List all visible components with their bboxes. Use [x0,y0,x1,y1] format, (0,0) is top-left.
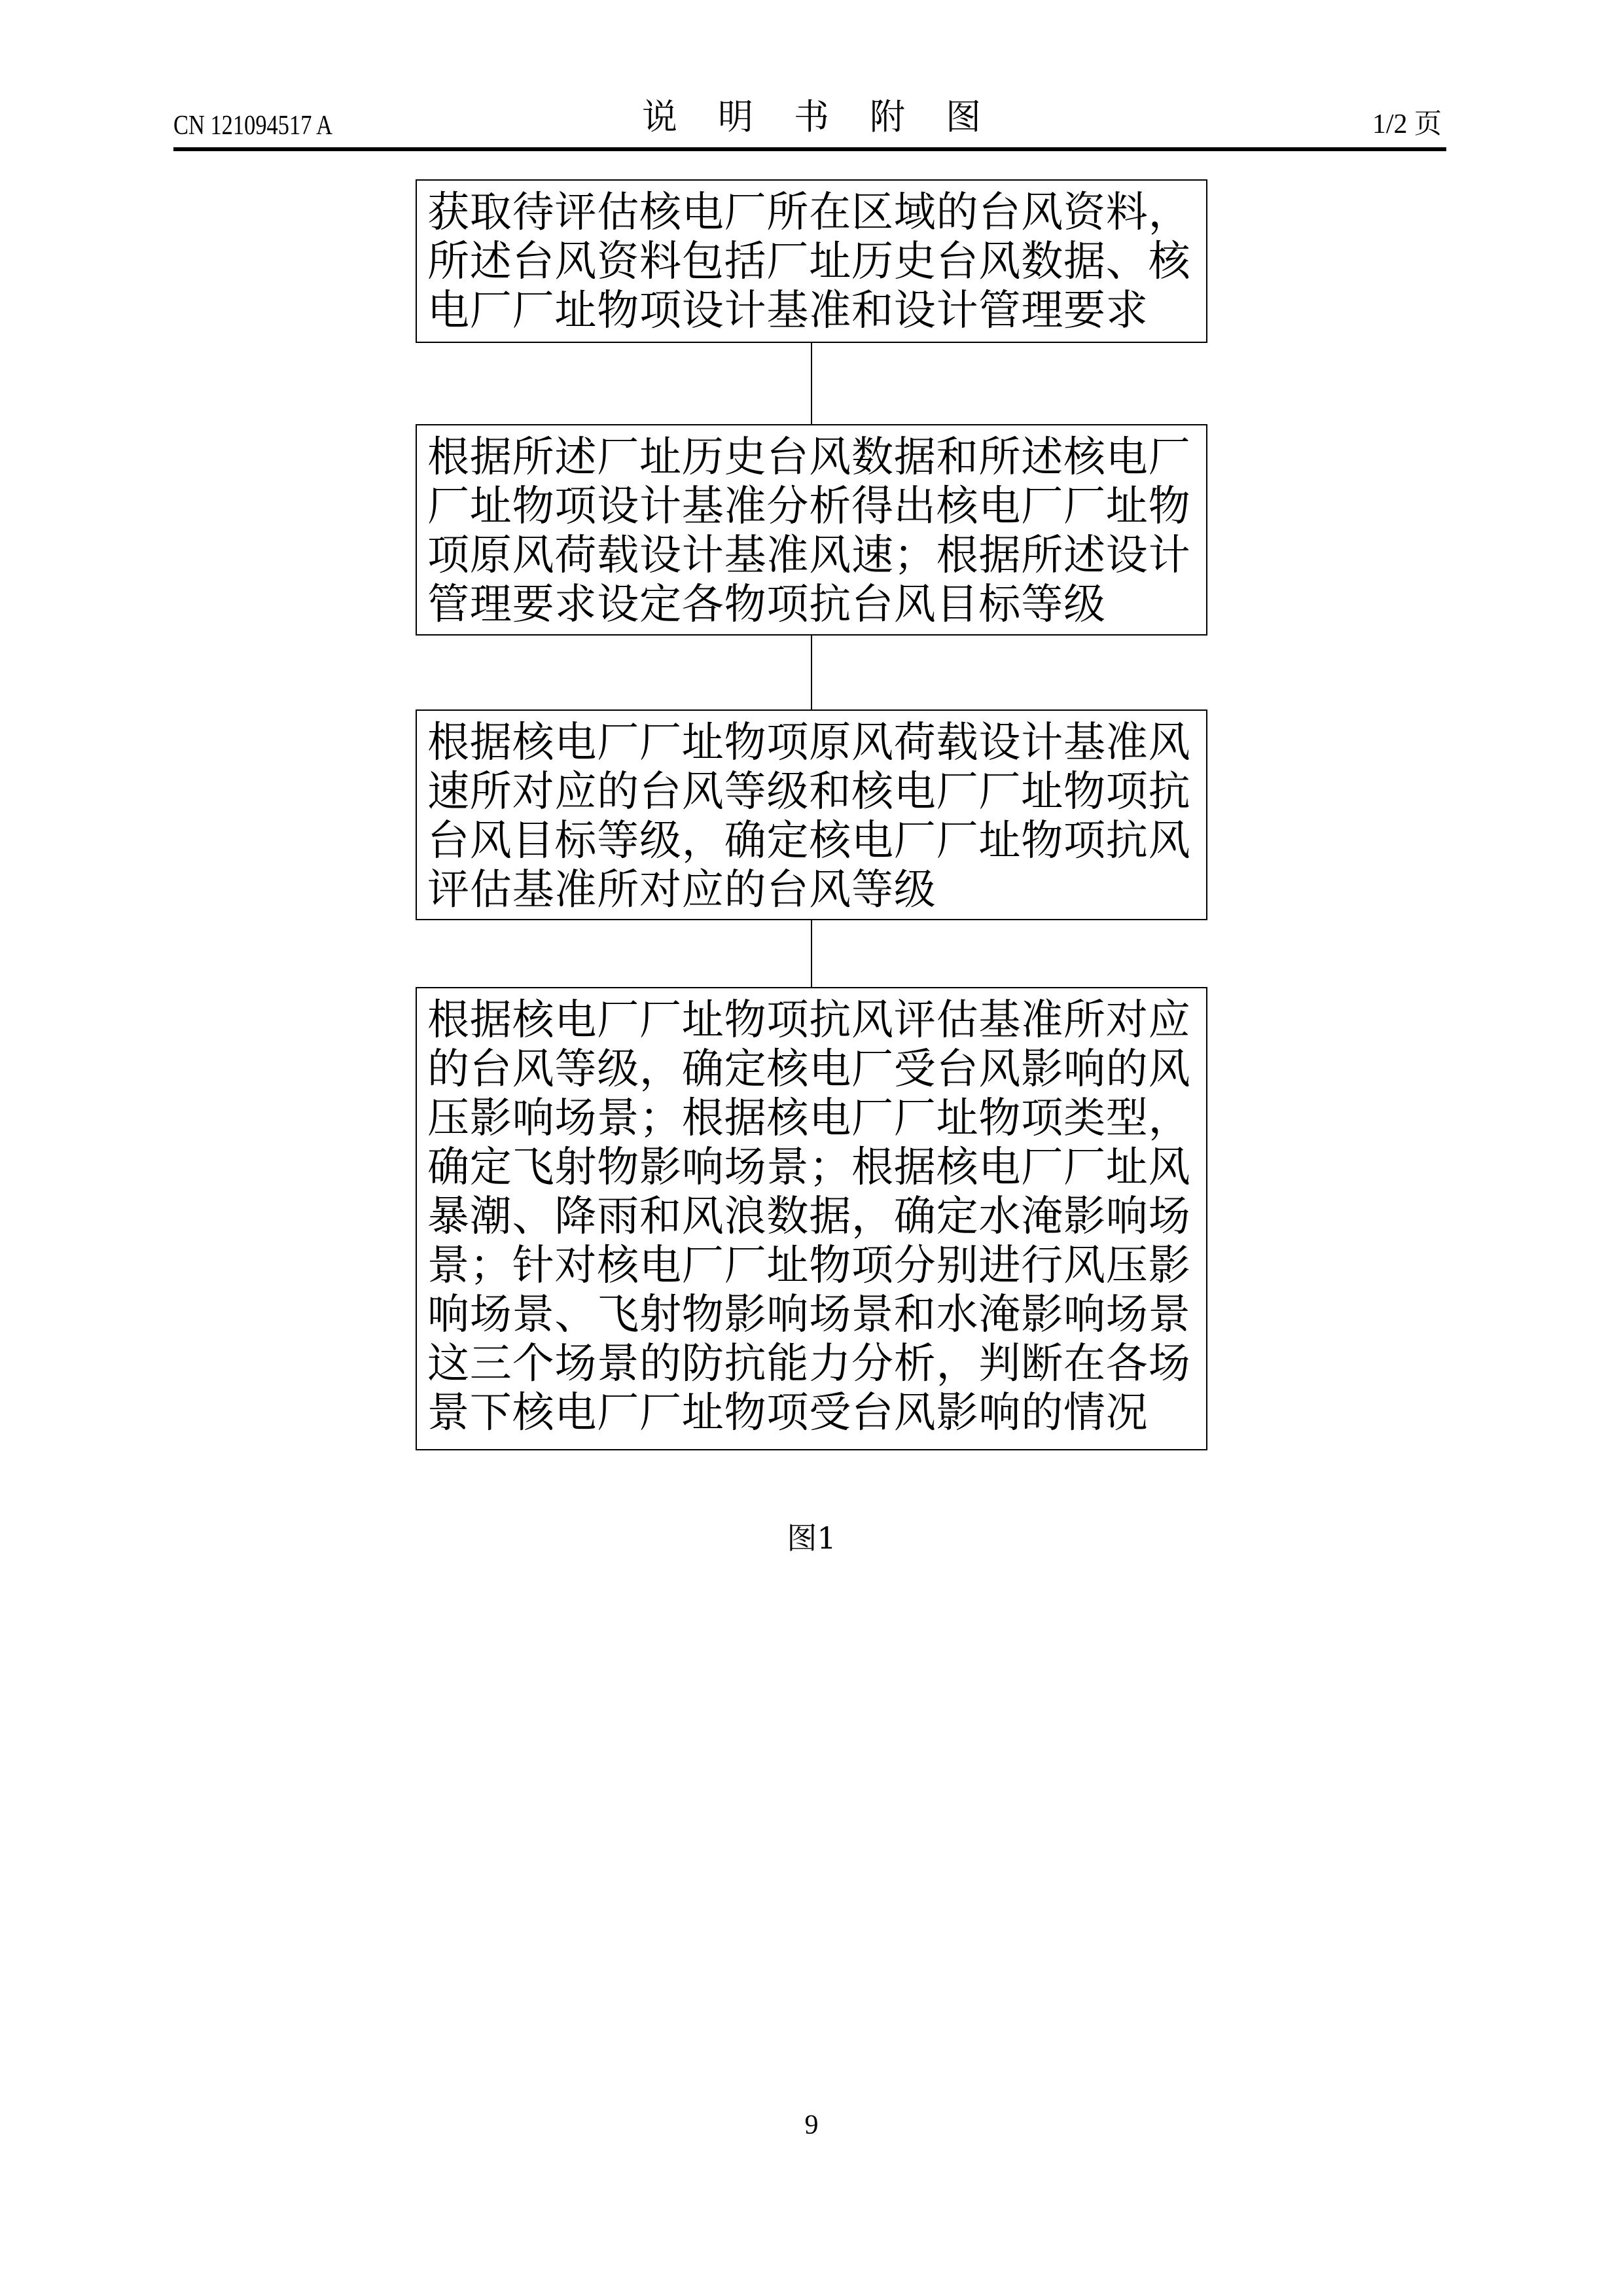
flow-step-4: 根据核电厂厂址物项抗风评估基准所对应的台风等级，确定核电厂受台风影响的风压影响场… [416,987,1207,1450]
flow-step-1: 获取待评估核电厂所在区域的台风资料，所述台风资料包括厂址历史台风数据、核电厂厂址… [416,179,1207,343]
flow-step-2: 根据所述厂址历史台风数据和所述核电厂厂址物项设计基准分析得出核电厂厂址物项原风荷… [416,424,1207,636]
flow-step-3: 根据核电厂厂址物项原风荷载设计基准风速所对应的台风等级和核电厂厂址物项抗台风目标… [416,709,1207,920]
header-divider [173,147,1446,151]
page-indicator: 1/2 页 [1372,109,1442,140]
flow-connector-3 [811,920,812,987]
flow-connector-1 [811,343,812,424]
figure-caption: 图1 [0,1518,1623,1558]
page-number: 9 [0,2109,1623,2142]
flow-connector-2 [811,636,812,709]
